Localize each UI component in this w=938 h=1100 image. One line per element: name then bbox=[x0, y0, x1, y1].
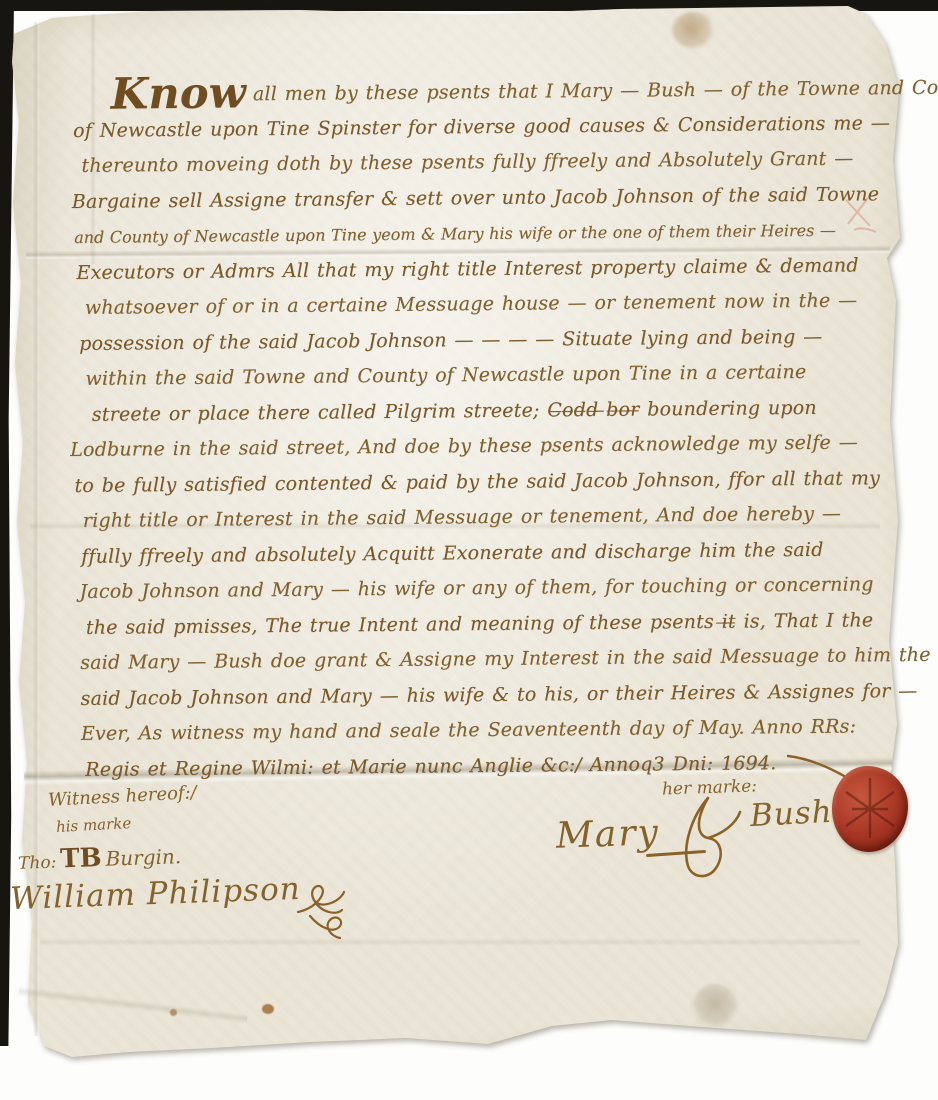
signature-mary: Mary bbox=[555, 812, 660, 857]
signature-bush: Bush bbox=[749, 794, 833, 834]
mary-bush-mark-icon bbox=[678, 794, 742, 888]
philipson-flourish-icon bbox=[296, 882, 352, 946]
deed-body-text: Knowall men by these psents that I Mary … bbox=[67, 70, 910, 788]
burgin-monogram-mark: TB bbox=[60, 843, 102, 874]
burgin-surname: Burgin. bbox=[105, 844, 181, 871]
manuscript-photo: Knowall men by these psents that I Mary … bbox=[0, 0, 938, 1100]
witness-burgin-signature: Tho:TBBurgin. bbox=[18, 840, 182, 876]
manuscript-line-text: all men by these psents that I Mary — Bu… bbox=[253, 76, 938, 105]
burgin-prefix: Tho: bbox=[18, 853, 57, 874]
red-wax-seal bbox=[832, 766, 908, 852]
